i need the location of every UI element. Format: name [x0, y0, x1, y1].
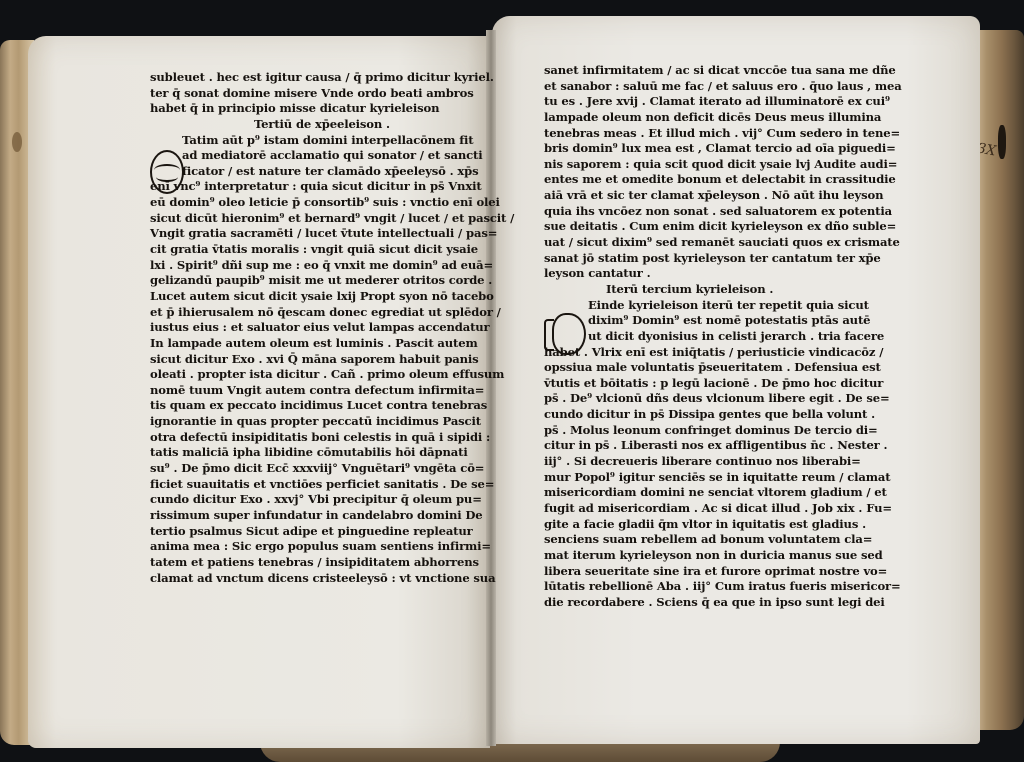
text-line: tatis maliciā ipha libidine cōmutabilis … [150, 445, 460, 461]
text-line: quia ihs vncōez non sonat . sed saluator… [544, 204, 864, 220]
text-line: mat iterum kyrieleyson non in duricia ma… [544, 548, 864, 564]
text-line: lūtatis rebellionē Aba . iij° Cum iratus… [544, 579, 864, 595]
text-line: sicut dicūt hieronim⁹ et bernard⁹ vngit … [150, 211, 460, 227]
stain [12, 132, 22, 152]
text-line: rissimum super infundatur in candelabro … [150, 508, 460, 524]
text-line: opssiua male voluntatis p̄seueritatem . … [544, 360, 864, 376]
right-page-text: sanet infirmitatem / ac si dicat vnccōe … [544, 63, 864, 610]
left-page-text: subleuet . hec est igitur causa / q̄ pri… [150, 70, 460, 586]
stain [998, 125, 1006, 159]
text-line: cundo dicitur in ps̄ Dissipa gentes que … [544, 407, 864, 423]
text-line: ad mediatorē acclamatio qui sonator / et… [150, 148, 460, 164]
text-line: misericordiam domini ne senciat vltorem … [544, 485, 864, 501]
text-line: tis quam ex peccato incidimus Lucet cont… [150, 398, 460, 414]
text-line: sicut dicitur Exo . xvi Q̄ māna saporem … [150, 352, 460, 368]
text-line: ficator / est nature ter clamādo xp̄eele… [150, 164, 460, 180]
text-line: Lucet autem sicut dicit ysaie lxij Propt… [150, 289, 460, 305]
text-line: tenebras meas . Et illud mich . vij° Cum… [544, 126, 864, 142]
text-line: enī vnc⁹ interpretatur : quia sicut dici… [150, 179, 460, 195]
text-line: ps̄ . Molus leonum confringet dominus De… [544, 423, 864, 439]
text-line: habet . Vlrix enī est iniq̄tatis / periu… [544, 345, 864, 361]
text-line: et sanabor : saluū me fac / et saluus er… [544, 79, 864, 95]
text-line: gite a facie gladii q̄m vltor in iquitat… [544, 517, 864, 533]
text-line: die recordabere . Sciens q̄ ea que in ip… [544, 595, 864, 611]
text-line: su⁹ . De p̄mo dicit Ecc̄ xxxviij° Vnguēt… [150, 461, 460, 477]
text-line: sanet infirmitatem / ac si dicat vnccōe … [544, 63, 864, 79]
text-line: tatem et patiens tenebras / insipiditate… [150, 555, 460, 571]
text-line: tu es . Jere xvij . Clamat iterato ad il… [544, 94, 864, 110]
text-line: aiā vrā et sic ter clamat xp̄eleyson . N… [544, 188, 864, 204]
text-line: v̄tutis et bōitatis : p legū lacionē . D… [544, 376, 864, 392]
text-line: clamat ad vnctum dicens cristeeleysō : v… [150, 571, 460, 587]
text-line: iustus eius : et saluator eius velut lam… [150, 320, 460, 336]
text-line: lxi . Spirit⁹ dñi sup me : eo q̄ vnxit m… [150, 258, 460, 274]
text-line: oleati . propter ista dicitur . Cañ . pr… [150, 367, 460, 383]
text-line: ter q̄ sonat domine misere Vnde ordo bea… [150, 86, 460, 102]
text-line: tertio psalmus Sicut adi̇pe et pinguedin… [150, 524, 460, 540]
text-line: In lampade autem oleum est luminis . Pas… [150, 336, 460, 352]
text-line: nis saporem : quia scit quod dicit ysaie… [544, 157, 864, 173]
text-line: entes me et omedite bonum et delectabit … [544, 172, 864, 188]
text-line: lampade oleum non deficit dicēs Deus meu… [544, 110, 864, 126]
text-line: uat / sicut dixim⁹ sed remanēt sauciati … [544, 235, 864, 251]
text-line: libera seueritate sine ira et furore opr… [544, 564, 864, 580]
text-line: subleuet . hec est igitur causa / q̄ pri… [150, 70, 460, 86]
text-line: mur Popol⁹ igitur senciēs se in iquitatt… [544, 470, 864, 486]
text-line: Vngit gratia sacramēti / lucet v̄tute in… [150, 226, 460, 242]
text-line: iij° . Si decreueris liberare continuo n… [544, 454, 864, 470]
text-line: dixim⁹ Domin⁹ est nomē potestatis ptās a… [544, 313, 864, 329]
text-line: cundo dicitur Exo . xxvj° Vbi precipitur… [150, 492, 460, 508]
text-line: sue deitatis . Cum enim dicit kyrieleyso… [544, 219, 864, 235]
text-line: habet q̄ in principio misse dicatur kyri… [150, 101, 460, 117]
gutter [486, 30, 496, 746]
section-heading: Tertiū de xp̄eeleison . [150, 117, 460, 133]
text-line: Einde kyrieleison iterū ter repetit quia… [544, 298, 864, 314]
text-line: anima mea : Sic ergo populus suam sentie… [150, 539, 460, 555]
text-line: sanat jō statim post kyrieleyson ter can… [544, 251, 864, 267]
text-line: gelizandū paupib⁹ misit me ut mederer ot… [150, 273, 460, 289]
text-line: ut dicit dyonisius in celisti jerarch . … [544, 329, 864, 345]
text-line: fugit ad misericordiam . Ac si dicat ill… [544, 501, 864, 517]
text-line: ficiet suauitatis et vnctiōes perficiet … [150, 477, 460, 493]
text-line: et p̄ ihierusalem nō q̄escam donec egred… [150, 305, 460, 321]
text-line: senciens suam rebellem ad bonum voluntat… [544, 532, 864, 548]
text-line: cit gratia v̄tatis moralis : vngit quiā … [150, 242, 460, 258]
text-line: otra defectū insipiditatis boni celestis… [150, 430, 460, 446]
text-line: bris domin⁹ lux mea est , Clamat tercio … [544, 141, 864, 157]
text-line: ignorantie in quas propter peccatū incid… [150, 414, 460, 430]
text-line: citur in ps̄ . Liberasti nos ex affligen… [544, 438, 864, 454]
section-heading: Iterū tercium kyrieleison . [544, 282, 864, 298]
text-line: Tatim aūt p⁹ istam domini interpellacōne… [150, 133, 460, 149]
text-line: nomē tuum Vngit autem contra defectum in… [150, 383, 460, 399]
book-fore-edge-right: 3X [974, 30, 1024, 730]
text-line: ps̄ . De⁹ vlcionū dñs deus vlcionum libe… [544, 391, 864, 407]
text-line: leyson cantatur . [544, 266, 864, 282]
text-line: eū domin⁹ oleo leticie p̄ consortib⁹ sui… [150, 195, 460, 211]
book-photo: 3X subleuet . hec est igitur causa / q̄ … [0, 0, 1024, 762]
